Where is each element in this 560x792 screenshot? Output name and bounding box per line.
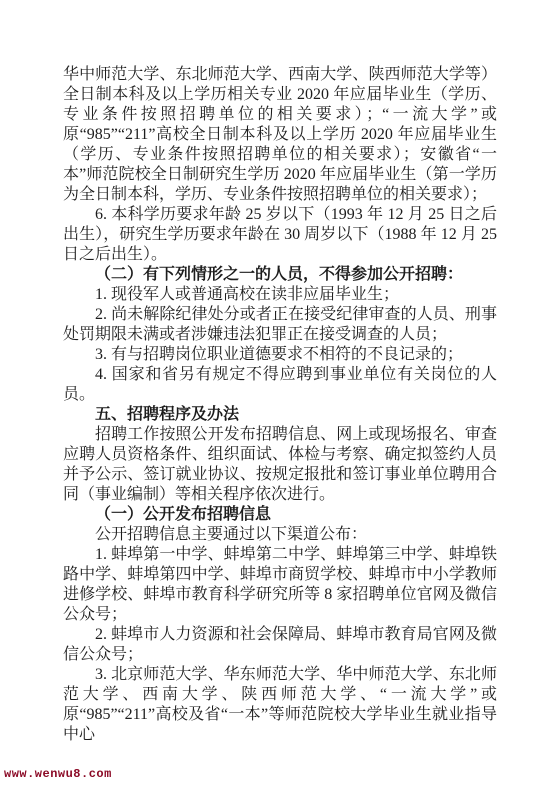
paragraph-channel-1: 1. 蚌埠第一中学、蚌埠第二中学、蚌埠第三中学、蚌埠铁路中学、蚌埠第四中学、蚌埠… bbox=[63, 545, 497, 625]
section-heading-5: 五、招聘程序及办法 bbox=[63, 405, 497, 425]
watermark-url: www.wenwu8.com bbox=[4, 767, 112, 781]
paragraph-channel-3: 3. 北京师范大学、华东师范大学、华中师范大学、东北师范大学、西南大学、陕西师范… bbox=[63, 665, 497, 745]
paragraph-channels-intro: 公开招聘信息主要通过以下渠道公布： bbox=[63, 525, 497, 545]
section-heading-2: （二）有下列情形之一的人员，不得参加公开招聘： bbox=[63, 265, 497, 285]
paragraph-item-2: 2. 尚未解除纪律处分或者正在接受纪律审查的人员、刑事处罚期限未满或者涉嫌违法犯… bbox=[63, 305, 497, 345]
document-body: 华中师范大学、东北师范大学、西南大学、陕西师范大学等）全日制本科及以上学历相关专… bbox=[63, 65, 497, 745]
paragraph-continuation: 华中师范大学、东北师范大学、西南大学、陕西师范大学等）全日制本科及以上学历相关专… bbox=[63, 65, 497, 205]
document-page: 华中师范大学、东北师范大学、西南大学、陕西师范大学等）全日制本科及以上学历相关专… bbox=[0, 0, 560, 792]
paragraph-item-6: 6. 本科学历要求年龄 25 岁以下（1993 年 12 月 25 日之后出生）… bbox=[63, 205, 497, 265]
paragraph-item-1: 1. 现役军人或普通高校在读非应届毕业生； bbox=[63, 285, 497, 305]
paragraph-procedure: 招聘工作按照公开发布招聘信息、网上或现场报名、审查应聘人员资格条件、组织面试、体… bbox=[63, 425, 497, 505]
section-heading-1: （一）公开发布招聘信息 bbox=[63, 505, 497, 525]
paragraph-item-4: 4. 国家和省另有规定不得应聘到事业单位有关岗位的人员。 bbox=[63, 365, 497, 405]
paragraph-channel-2: 2. 蚌埠市人力资源和社会保障局、蚌埠市教育局官网及微信公众号； bbox=[63, 625, 497, 665]
paragraph-item-3: 3. 有与招聘岗位职业道德要求不相符的不良记录的； bbox=[63, 345, 497, 365]
